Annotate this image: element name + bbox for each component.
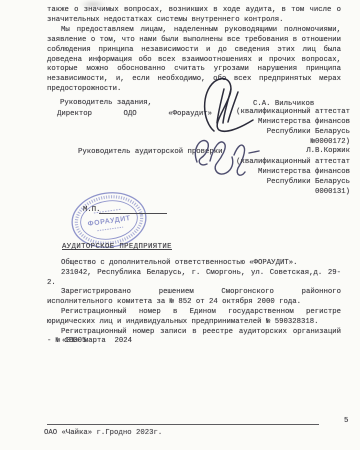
signatory1-name: С.А. Вильчиков: [253, 100, 314, 108]
firm-name-line: Общество с дополнительной ответственност…: [47, 259, 341, 269]
signatory2-credential: (квалификационный аттестат Министерства …: [236, 158, 350, 198]
body-paragraphs: также о значимых вопросах, возникших в х…: [47, 6, 341, 94]
credential-line: Республики Беларусь: [236, 178, 350, 188]
audit-firm-details: Общество с дополнительной ответственност…: [47, 259, 341, 347]
signatory2-name: Л.В.Коржик: [306, 147, 350, 157]
stamp-center-text: ФОРАУДИТ: [87, 215, 131, 228]
credential-line: 0000131): [236, 188, 350, 198]
signatory1-role-word-director: Директор: [57, 110, 92, 118]
mp-seal-label: М.П.: [83, 206, 101, 214]
mp-seal-line: [99, 213, 167, 214]
audit-firm-heading: АУДИТОРСКОЕ ПРЕДПРИЯТИЕ: [62, 243, 172, 251]
credential-line: Министерства финансов: [236, 168, 350, 178]
footer-rule: [47, 424, 319, 425]
footer-client-line: ОАО «Чайка» г.Гродно 2023г.: [44, 429, 162, 437]
signatory1-role-word-odo: ОДО: [124, 110, 137, 118]
firm-address-line: 231042, Республика Беларусь, г. Сморгонь…: [47, 269, 341, 289]
report-date: «01» марта 2024: [62, 337, 132, 345]
firm-registration-line: Зарегистрировано решением Сморгонского р…: [47, 288, 341, 308]
credential-line: (квалификационный аттестат: [236, 108, 350, 118]
company-round-stamp: ФОРАУДИТ: [69, 190, 149, 250]
firm-egr-line: Регистрационный номер в Едином государст…: [47, 308, 341, 328]
page-number: 5: [344, 417, 348, 425]
credential-line: (квалификационный аттестат: [236, 158, 350, 168]
signatory1-role-line1: Руководитель задания,: [60, 99, 152, 107]
signatory1-role-line2: Директор ОДО «Фораудит»: [57, 110, 212, 118]
document-page: также о значимых вопросах, возникших в х…: [0, 0, 360, 450]
credential-line: Министерства финансов: [236, 118, 350, 128]
paragraph-continuation: также о значимых вопросах, возникших в х…: [47, 6, 341, 25]
paragraph-independence-statement: Мы предоставляем лицам, наделенным руков…: [47, 26, 341, 94]
